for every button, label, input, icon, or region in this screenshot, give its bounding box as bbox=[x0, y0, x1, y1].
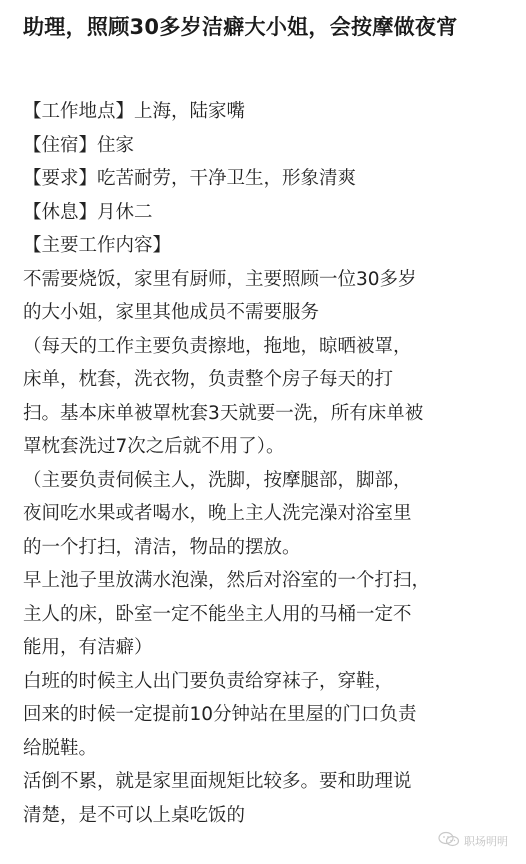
detail-rest: 【休息】月休二 bbox=[23, 196, 519, 230]
body-line: 白班的时候主人出门要负责给穿袜子，穿鞋， bbox=[23, 665, 519, 699]
body-line: 床单，枕套，洗衣物，负责整个房子每天的打 bbox=[23, 363, 519, 397]
body-line: 早上池子里放满水泡澡，然后对浴室的一个打扫， bbox=[23, 564, 519, 598]
watermark: 职场明明 bbox=[438, 831, 508, 850]
body-line: 的大小姐，家里其他成员不需要服务 bbox=[23, 296, 519, 330]
posting-body: 【工作地点】上海，陆家嘴 【住宿】住家 【要求】吃苦耐劳，干净卫生，形象清爽 【… bbox=[23, 95, 519, 832]
detail-requirements: 【要求】吃苦耐劳，干净卫生，形象清爽 bbox=[23, 162, 519, 196]
detail-accommodation: 【住宿】住家 bbox=[23, 129, 519, 163]
body-line: （主要负责伺候主人，洗脚，按摩腿部，脚部， bbox=[23, 464, 519, 498]
watermark-text: 职场明明 bbox=[464, 833, 508, 849]
body-line: 回来的时候一定提前10分钟站在里屋的门口负责 bbox=[23, 698, 519, 732]
body-line: 罩枕套洗过7次之后就不用了）。 bbox=[23, 430, 519, 464]
body-line: 不需要烧饭，家里有厨师，主要照顾一位30多岁 bbox=[23, 263, 519, 297]
body-line: 给脱鞋。 bbox=[23, 732, 519, 766]
posting-title: 助理，照顾30多岁洁癖大小姐，会按摩做夜宵 bbox=[23, 6, 513, 48]
body-line: 活倒不累，就是家里面规矩比较多。要和助理说 bbox=[23, 765, 519, 799]
body-line: 夜间吃水果或者喝水，晚上主人洗完澡对浴室里 bbox=[23, 497, 519, 531]
body-line: 的一个打扫，清洁，物品的摆放。 bbox=[23, 531, 519, 565]
body-line: 清楚，是不可以上桌吃饭的 bbox=[23, 799, 519, 833]
wechat-icon bbox=[438, 831, 460, 850]
detail-location: 【工作地点】上海，陆家嘴 bbox=[23, 95, 519, 129]
body-line: （每天的工作主要负责擦地，拖地，晾晒被罩， bbox=[23, 330, 519, 364]
body-line: 扫。基本床单被罩枕套3天就要一洗，所有床单被 bbox=[23, 397, 519, 431]
detail-duties-header: 【主要工作内容】 bbox=[23, 229, 519, 263]
job-posting-document: 助理，照顾30多岁洁癖大小姐，会按摩做夜宵 【工作地点】上海，陆家嘴 【住宿】住… bbox=[0, 0, 526, 864]
body-line: 能用，有洁癖） bbox=[23, 631, 519, 665]
body-line: 主人的床，卧室一定不能坐主人用的马桶一定不 bbox=[23, 598, 519, 632]
